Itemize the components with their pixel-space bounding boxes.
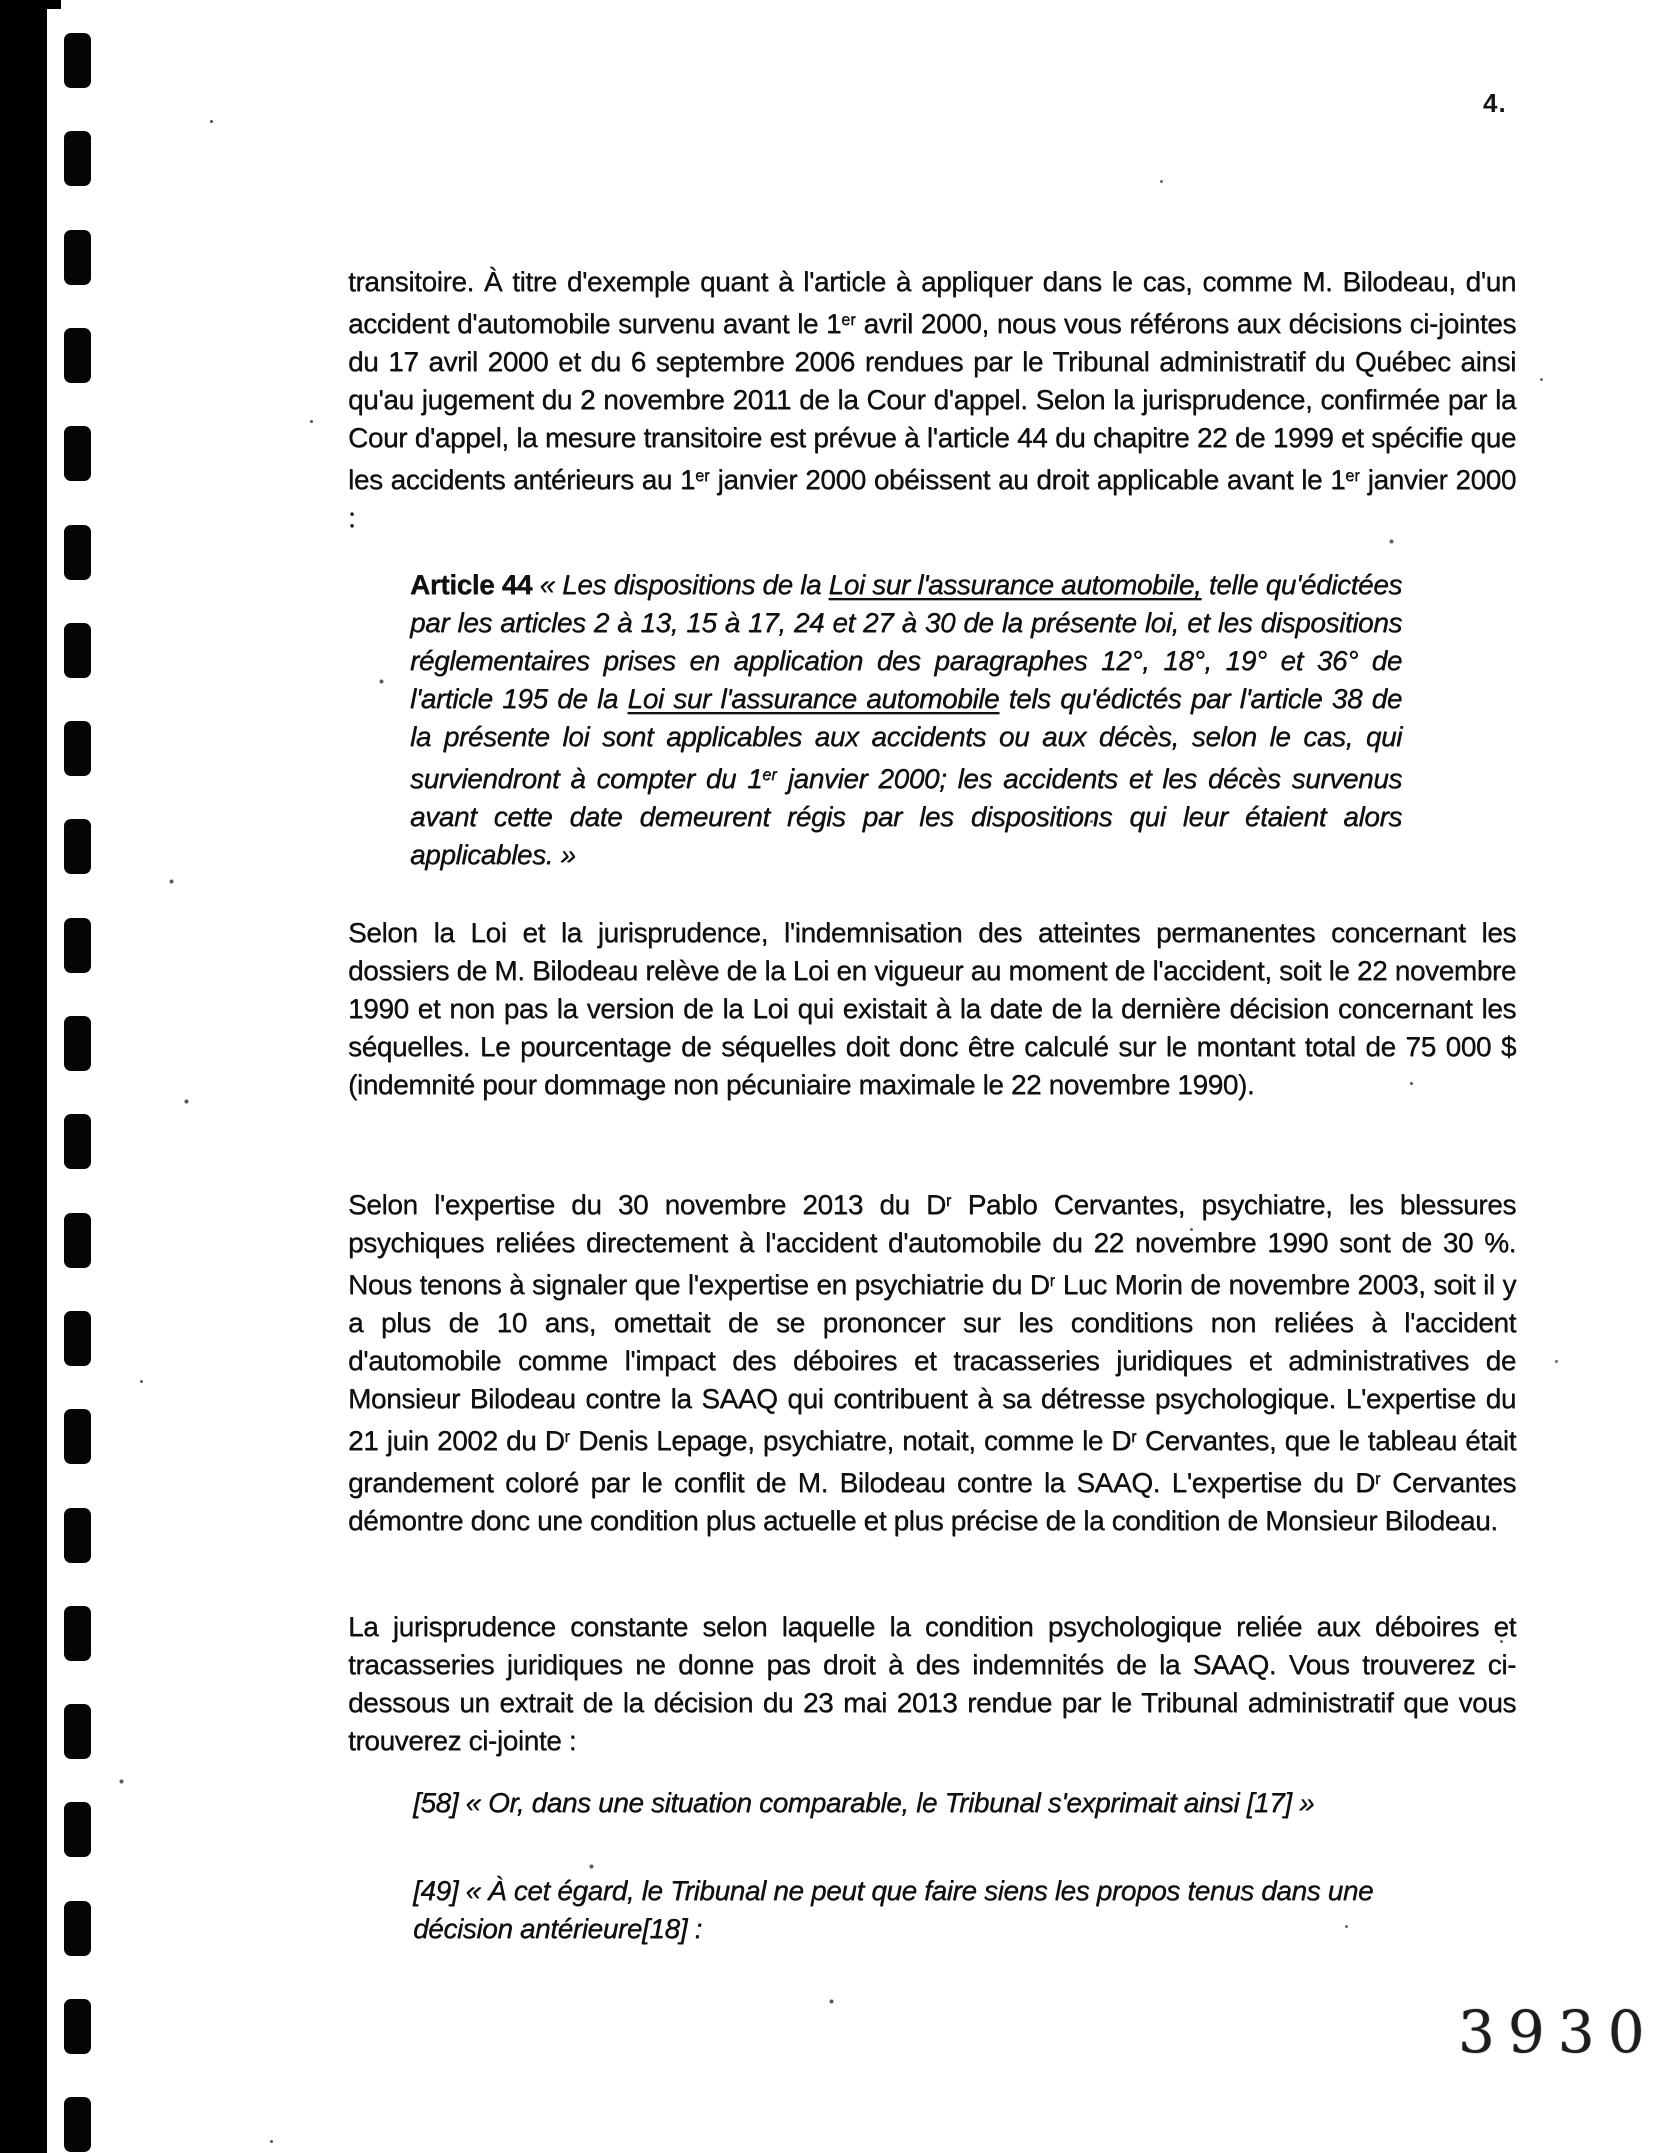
text-run: [49] « À cet égard, le Tribunal ne peut … [413,1875,1373,1944]
binding-hole [64,1606,91,1661]
binding-hole [64,328,91,383]
superscript: er [1345,467,1359,485]
scan-noise [210,120,213,123]
superscript: er [841,311,855,329]
text-run: [58] « Or, dans une situation comparable… [413,1787,1314,1818]
text-run: janvier 2000 obéissent au droit applicab… [710,464,1346,495]
binding-hole [64,525,91,580]
binding-hole [64,1016,91,1071]
binding-hole [64,819,91,874]
excerpt-quote-49: [49] « À cet égard, le Tribunal ne peut … [413,1872,1423,1948]
binding-holes [64,0,92,2153]
excerpt-quote-58: [58] « Or, dans une situation comparable… [413,1784,1533,1822]
text-run: Article 44 [410,569,532,600]
text-run: La jurisprudence constante selon laquell… [348,1611,1516,1756]
binding-hole [64,918,91,973]
paragraph-expertise: Selon l'expertise du 30 novembre 2013 du… [348,1182,1516,1540]
binding-hole [64,2097,91,2152]
text-run: Loi sur l'assurance automobile, [829,569,1202,600]
binding-bar [0,0,47,2153]
binding-hole [64,1999,91,2054]
binding-bar-notch [47,0,61,9]
binding-hole [64,131,91,186]
binding-hole [64,1213,91,1268]
text-run: Selon l'expertise du 30 novembre 2013 du… [348,1189,946,1220]
text-run: Selon la Loi et la jurisprudence, l'inde… [348,917,1516,1100]
scanned-document-page: 4. transitoire. À titre d'exemple quant … [0,0,1653,2153]
page-stamp: 3930 [1458,1998,1653,2066]
paragraph-selon-loi: Selon la Loi et la jurisprudence, l'inde… [348,914,1516,1104]
page-number: 4. [1483,88,1507,119]
paragraph-transitoire: transitoire. À titre d'exemple quant à l… [348,263,1516,537]
binding-hole [64,1508,91,1563]
binding-hole [64,721,91,776]
superscript: er [762,766,776,784]
binding-hole [64,1901,91,1956]
paragraph-jurisprudence: La jurisprudence constante selon laquell… [348,1608,1516,1760]
text-run: « Les dispositions de la [532,569,828,600]
binding-hole [64,1704,91,1759]
binding-hole [64,1409,91,1464]
binding-hole [64,33,91,88]
binding-hole [64,1311,91,1366]
binding-hole [64,1114,91,1169]
text-run: Loi sur l'assurance automobile [628,683,1000,714]
binding-hole [64,623,91,678]
superscript: er [695,467,709,485]
binding-hole [64,1802,91,1857]
text-run: Denis Lepage, psychiatre, notait, comme … [570,1425,1131,1456]
binding-hole [64,426,91,481]
blockquote-article-44: Article 44 « Les dispositions de la Loi … [410,566,1402,874]
binding-hole [64,230,91,285]
